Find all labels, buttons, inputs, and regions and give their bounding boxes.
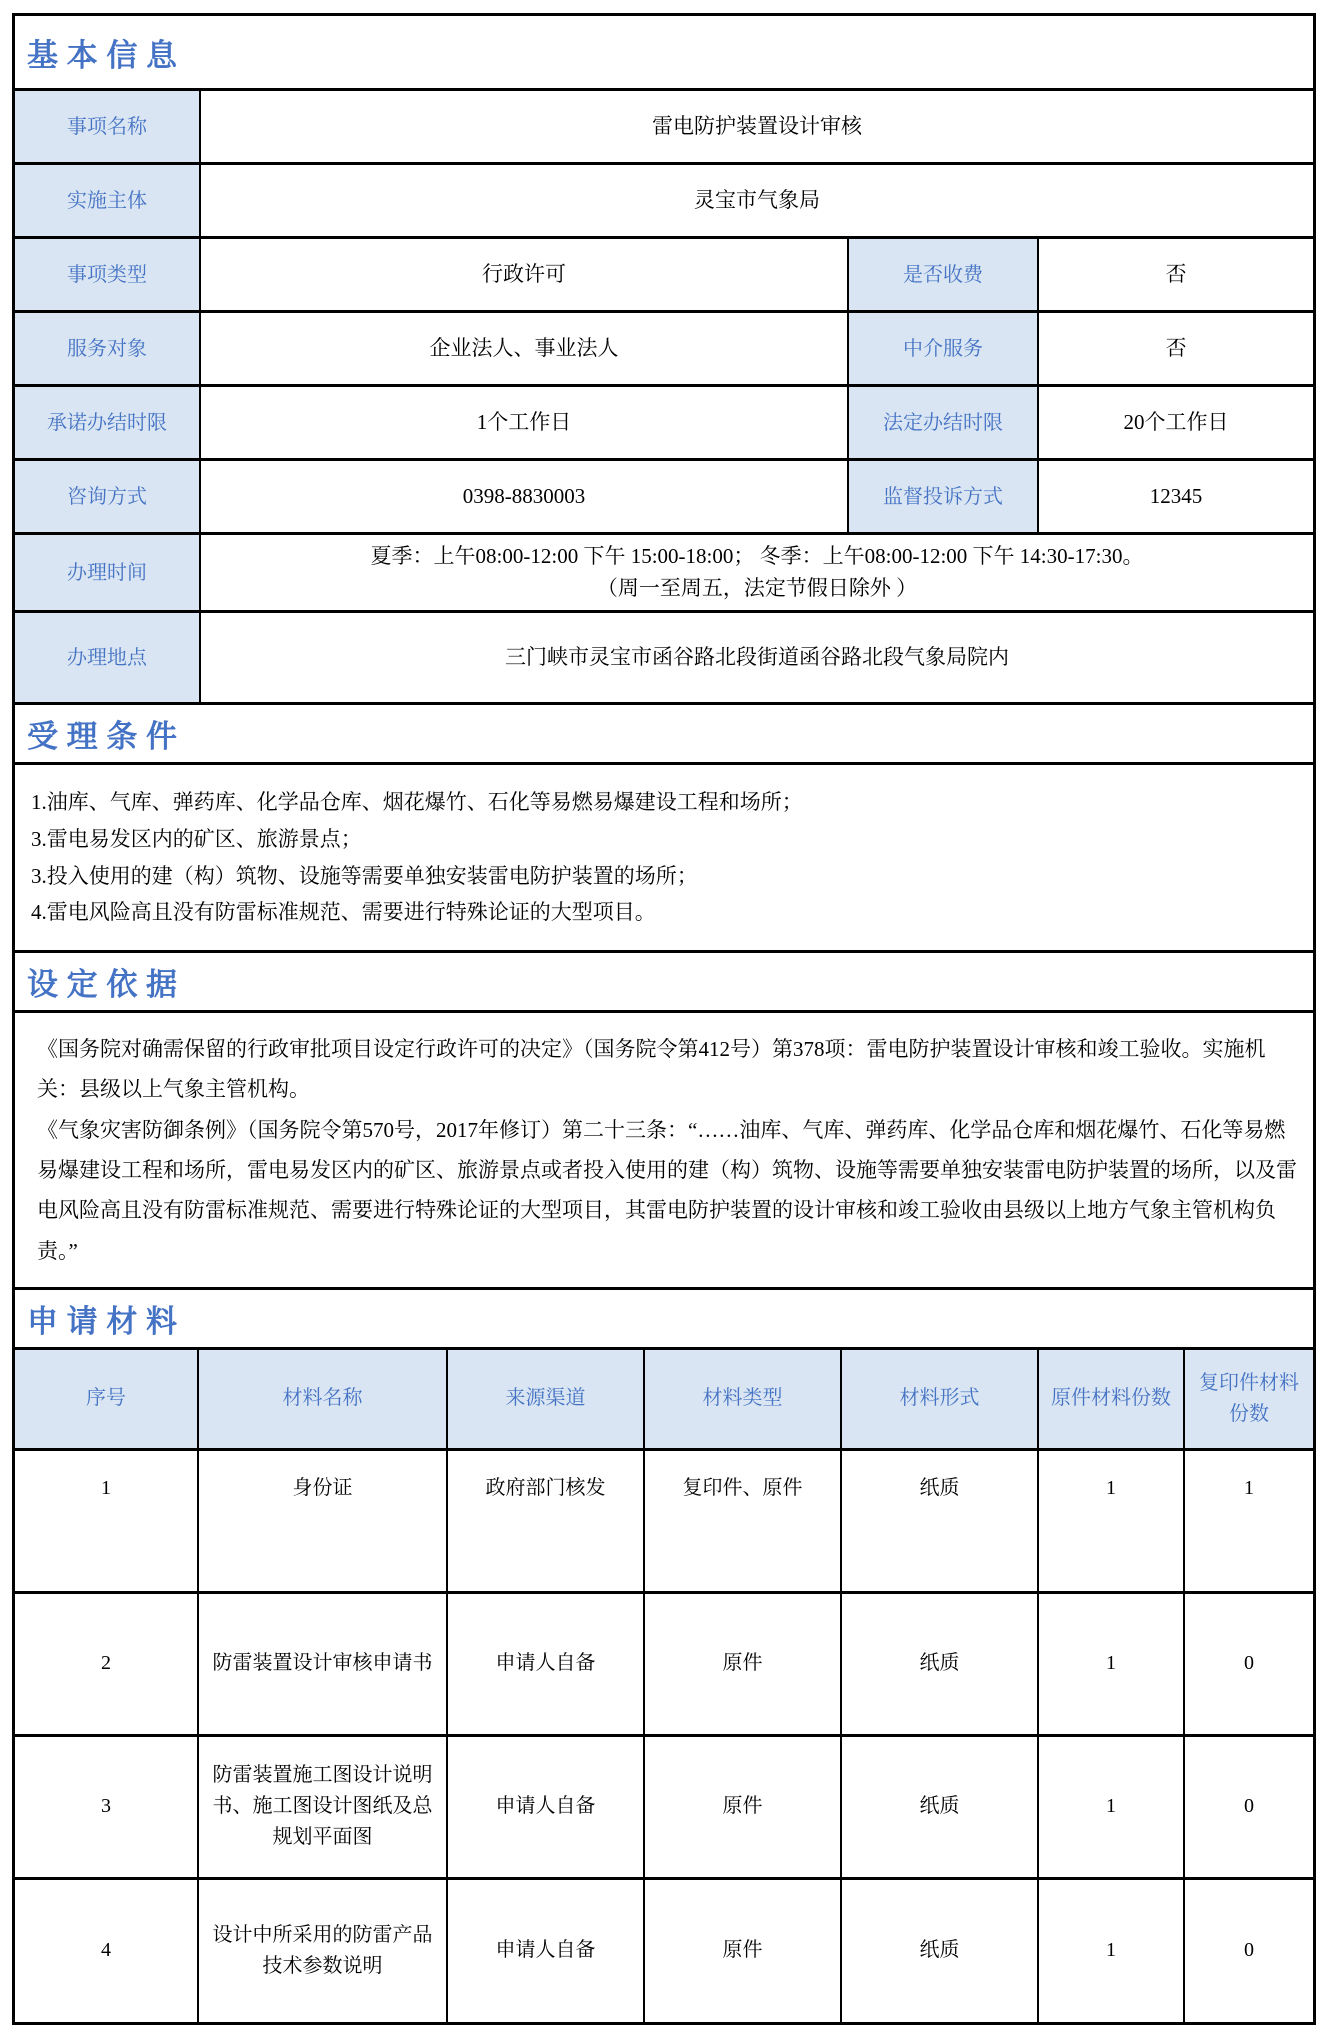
value-office-hours: 夏季：上午08:00-12:00 下午 15:00-18:00； 冬季：上午08…	[201, 535, 1313, 610]
value-intermediary: 否	[1039, 313, 1313, 384]
section-title-basic-info: 基本信息	[27, 30, 186, 75]
label-location: 办理地点	[15, 613, 201, 702]
material-source: 政府部门核发	[448, 1451, 645, 1591]
condition-line-2: 3.雷电易发区内的矿区、旅游景点；	[31, 821, 1297, 858]
row-service-target: 服务对象 企业法人、事业法人 中介服务 否	[15, 310, 1313, 384]
material-original-copies: 1	[1039, 1594, 1185, 1734]
label-intermediary: 中介服务	[849, 313, 1039, 384]
material-original-copies: 1	[1039, 1880, 1185, 2022]
row-item-type: 事项类型 行政许可 是否收费 否	[15, 236, 1313, 310]
material-type: 复印件、原件	[645, 1451, 842, 1591]
section-title-basis: 设定依据	[27, 959, 186, 1004]
material-no: 2	[15, 1594, 199, 1734]
materials-header-row: 序号 材料名称 来源渠道 材料类型 材料形式 原件材料份数 复印件材料份数	[15, 1347, 1313, 1448]
value-location: 三门峡市灵宝市函谷路北段街道函谷路北段气象局院内	[201, 613, 1313, 702]
material-type: 原件	[645, 1880, 842, 2022]
material-source: 申请人自备	[448, 1594, 645, 1734]
label-service-target: 服务对象	[15, 313, 201, 384]
col-header-type: 材料类型	[645, 1350, 842, 1448]
row-office-hours: 办理时间 夏季：上午08:00-12:00 下午 15:00-18:00； 冬季…	[15, 532, 1313, 610]
condition-line-3: 3.投入使用的建（构）筑物、设施等需要单独安装雷电防护装置的场所；	[31, 858, 1297, 895]
value-complaint-method: 12345	[1039, 461, 1313, 532]
office-hours-line1: 夏季：上午08:00-12:00 下午 15:00-18:00； 冬季：上午08…	[371, 541, 1144, 573]
material-row-3: 3 防雷装置施工图设计说明书、施工图设计图纸及总规划平面图 申请人自备 原件 纸…	[15, 1734, 1313, 1877]
col-header-no: 序号	[15, 1350, 199, 1448]
label-complaint-method: 监督投诉方式	[849, 461, 1039, 532]
value-item-name: 雷电防护装置设计审核	[201, 91, 1313, 162]
basis-text: 《国务院对确需保留的行政审批项目设定行政许可的决定》（国务院令第412号）第37…	[15, 1010, 1313, 1287]
material-photocopies: 0	[1185, 1880, 1313, 2022]
section-header-acceptance: 受理条件	[15, 702, 1313, 762]
material-row-1: 1 身份证 政府部门核发 复印件、原件 纸质 1 1	[15, 1448, 1313, 1591]
material-no: 3	[15, 1737, 199, 1877]
acceptance-conditions: 1.油库、气库、弹药库、化学品仓库、烟花爆竹、石化等易燃易爆建设工程和场所； 3…	[15, 762, 1313, 950]
label-office-hours: 办理时间	[15, 535, 201, 610]
col-header-photocopies: 复印件材料份数	[1185, 1350, 1313, 1448]
condition-line-4: 4.雷电风险高且没有防雷标准规范、需要进行特殊论证的大型项目。	[31, 894, 1297, 931]
basis-paragraph-1: 《国务院对确需保留的行政审批项目设定行政许可的决定》（国务院令第412号）第37…	[37, 1029, 1299, 1110]
section-header-materials: 申请材料	[15, 1287, 1313, 1347]
label-implementer: 实施主体	[15, 165, 201, 236]
value-consult-method: 0398-8830003	[201, 461, 849, 532]
label-legal-time: 法定办结时限	[849, 387, 1039, 458]
material-form: 纸质	[842, 1880, 1039, 2022]
material-source: 申请人自备	[448, 1737, 645, 1877]
row-location: 办理地点 三门峡市灵宝市函谷路北段街道函谷路北段气象局院内	[15, 610, 1313, 702]
material-no: 4	[15, 1880, 199, 2022]
condition-line-1: 1.油库、气库、弹药库、化学品仓库、烟花爆竹、石化等易燃易爆建设工程和场所；	[31, 784, 1297, 821]
office-hours-line2: （周一至周五，法定节假日除外 ）	[371, 573, 1144, 605]
material-photocopies: 0	[1185, 1737, 1313, 1877]
material-original-copies: 1	[1039, 1737, 1185, 1877]
row-implementer: 实施主体 灵宝市气象局	[15, 162, 1313, 236]
row-item-name: 事项名称 雷电防护装置设计审核	[15, 88, 1313, 162]
value-promised-time: 1个工作日	[201, 387, 849, 458]
material-photocopies: 1	[1185, 1451, 1313, 1591]
material-type: 原件	[645, 1737, 842, 1877]
value-implementer: 灵宝市气象局	[201, 165, 1313, 236]
value-charge: 否	[1039, 239, 1313, 310]
section-title-acceptance: 受理条件	[27, 711, 186, 756]
col-header-name: 材料名称	[199, 1350, 448, 1448]
material-no: 1	[15, 1451, 199, 1591]
material-form: 纸质	[842, 1737, 1039, 1877]
material-row-2: 2 防雷装置设计审核申请书 申请人自备 原件 纸质 1 0	[15, 1591, 1313, 1734]
section-title-materials: 申请材料	[27, 1296, 186, 1341]
material-name: 防雷装置设计审核申请书	[199, 1594, 448, 1734]
material-type: 原件	[645, 1594, 842, 1734]
row-promised-time: 承诺办结时限 1个工作日 法定办结时限 20个工作日	[15, 384, 1313, 458]
col-header-original-copies: 原件材料份数	[1039, 1350, 1185, 1448]
material-form: 纸质	[842, 1451, 1039, 1591]
material-original-copies: 1	[1039, 1451, 1185, 1591]
value-legal-time: 20个工作日	[1039, 387, 1313, 458]
material-name: 防雷装置施工图设计说明书、施工图设计图纸及总规划平面图	[199, 1737, 448, 1877]
value-service-target: 企业法人、事业法人	[201, 313, 849, 384]
label-charge: 是否收费	[849, 239, 1039, 310]
material-name: 设计中所采用的防雷产品技术参数说明	[199, 1880, 448, 2022]
label-promised-time: 承诺办结时限	[15, 387, 201, 458]
section-header-basis: 设定依据	[15, 950, 1313, 1010]
material-source: 申请人自备	[448, 1880, 645, 2022]
col-header-form: 材料形式	[842, 1350, 1039, 1448]
label-consult-method: 咨询方式	[15, 461, 201, 532]
label-item-name: 事项名称	[15, 91, 201, 162]
label-item-type: 事项类型	[15, 239, 201, 310]
col-header-source: 来源渠道	[448, 1350, 645, 1448]
material-photocopies: 0	[1185, 1594, 1313, 1734]
value-item-type: 行政许可	[201, 239, 849, 310]
section-header-basic-info: 基本信息	[15, 16, 1313, 88]
material-name: 身份证	[199, 1451, 448, 1591]
row-consult: 咨询方式 0398-8830003 监督投诉方式 12345	[15, 458, 1313, 532]
material-form: 纸质	[842, 1594, 1039, 1734]
basis-paragraph-2: 《气象灾害防御条例》（国务院令第570号，2017年修订）第二十三条：“……油库…	[37, 1110, 1299, 1271]
service-detail-table: 基本信息 事项名称 雷电防护装置设计审核 实施主体 灵宝市气象局 事项类型 行政…	[12, 13, 1316, 2025]
material-row-4: 4 设计中所采用的防雷产品技术参数说明 申请人自备 原件 纸质 1 0	[15, 1877, 1313, 2022]
